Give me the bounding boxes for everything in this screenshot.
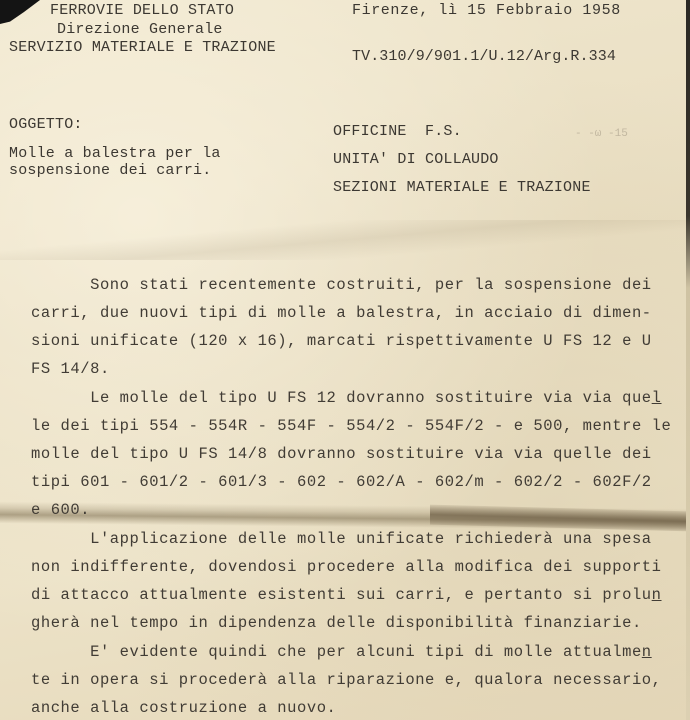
body-p2-line-5: e 600. (31, 501, 90, 519)
reference-number: TV.310/9/901.1/U.12/Arg.R.334 (352, 48, 616, 66)
torn-corner (0, 0, 40, 24)
body-p3-line-1: L'applicazione delle molle unificate ric… (31, 530, 652, 548)
body-p3-line-4: gherà nel tempo in dipendenza delle disp… (31, 614, 642, 632)
hyphenation-underline: n (652, 586, 662, 604)
recipient-3: SEZIONI MATERIALE E TRAZIONE (333, 179, 591, 197)
letterhead-division: Direzione Generale (57, 21, 223, 39)
body-p4-line-1: E' evidente quindi che per alcuni tipi d… (31, 643, 652, 661)
page-edge (686, 0, 690, 720)
subject-line-1: Molle a balestra per la (9, 145, 221, 163)
subject-line-2: sospensione dei carri. (9, 162, 211, 180)
recipient-2: UNITA' DI COLLAUDO (333, 151, 499, 169)
body-p4-line-3: anche alla costruzione a nuovo. (31, 699, 336, 717)
body-p2-line-1-text: Le molle del tipo U FS 12 dovranno sosti… (31, 389, 652, 407)
body-p1-line-2: carri, due nuovi tipi di molle a balestr… (31, 304, 652, 322)
date-line: Firenze, lì 15 Febbraio 1958 (352, 2, 621, 20)
body-p4-line-1-text: E' evidente quindi che per alcuni tipi d… (31, 643, 642, 661)
body-p3-line-3-text: di attacco attualmente esistenti sui car… (31, 586, 652, 604)
body-p2-line-3: molle del tipo U FS 14/8 dovranno sostit… (31, 445, 652, 463)
letterhead-service: SERVIZIO MATERIALE E TRAZIONE (9, 39, 276, 57)
body-p2-line-2: le dei tipi 554 - 554R - 554F - 554/2 - … (31, 417, 671, 435)
hyphenation-underline: n (642, 643, 652, 661)
body-p1-line-3: sioni unificate (120 x 16), marcati risp… (31, 332, 652, 350)
subject-label: OGGETTO: (9, 116, 83, 134)
body-p1-line-1: Sono stati recentemente costruiti, per l… (31, 276, 652, 294)
hyphenation-underline: l (652, 389, 662, 407)
recipient-1: OFFICINE F.S. (333, 123, 462, 141)
body-p3-line-3: di attacco attualmente esistenti sui car… (31, 586, 662, 604)
body-p4-line-2: te in opera si procederà alla riparazion… (31, 671, 662, 689)
letterhead-org: FERROVIE DELLO STATO (50, 2, 234, 20)
body-p2-line-1: Le molle del tipo U FS 12 dovranno sosti… (31, 389, 662, 407)
letter-page: FERROVIE DELLO STATO Direzione Generale … (0, 0, 690, 720)
body-p2-line-4: tipi 601 - 601/2 - 601/3 - 602 - 602/A -… (31, 473, 652, 491)
body-p3-line-2: non indifferente, dovendosi procedere al… (31, 558, 662, 576)
faint-pencil-mark: - -ω -15 (575, 128, 628, 140)
body-p1-line-4: FS 14/8. (31, 360, 110, 378)
paper-fold (0, 220, 690, 260)
